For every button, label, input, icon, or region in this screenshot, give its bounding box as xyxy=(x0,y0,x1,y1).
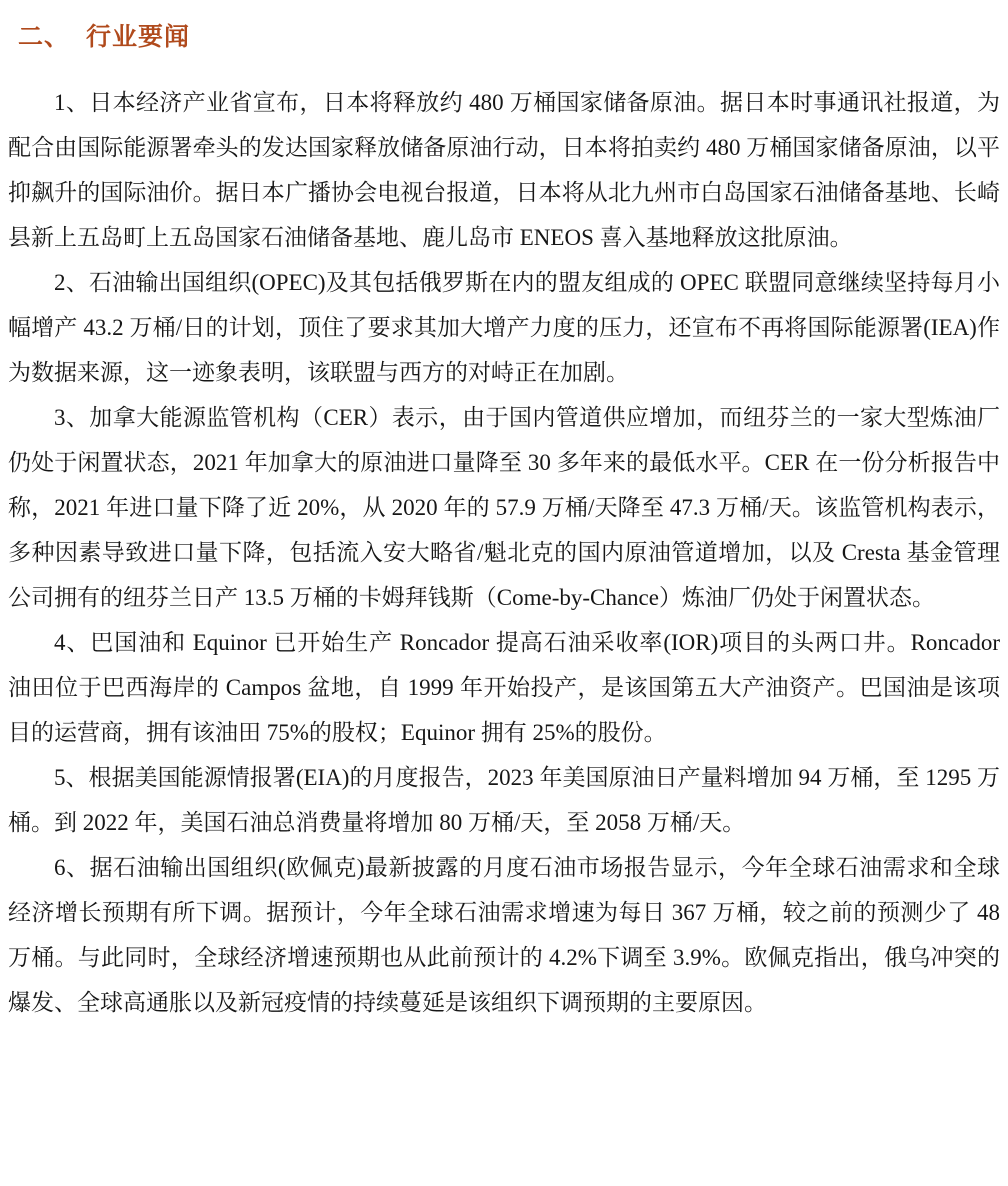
paragraph-2: 2、石油输出国组织(OPEC)及其包括俄罗斯在内的盟友组成的 OPEC 联盟同意… xyxy=(8,260,1000,395)
paragraph-4: 4、巴国油和 Equinor 已开始生产 Roncador 提高石油采收率(IO… xyxy=(8,620,1000,755)
paragraph-5: 5、根据美国能源情报署(EIA)的月度报告，2023 年美国原油日产量料增加 9… xyxy=(8,755,1000,845)
section-number: 二、 xyxy=(18,23,70,51)
document-page: 二、行业要闻 1、日本经济产业省宣布，日本将释放约 480 万桶国家储备原油。据… xyxy=(0,0,1008,1186)
section-title: 行业要闻 xyxy=(86,23,190,51)
body-text: 1、日本经济产业省宣布，日本将释放约 480 万桶国家储备原油。据日本时事通讯社… xyxy=(0,52,1008,1025)
paragraph-3: 3、加拿大能源监管机构（CER）表示，由于国内管道供应增加，而纽芬兰的一家大型炼… xyxy=(8,395,1000,620)
section-heading: 二、行业要闻 xyxy=(0,0,1008,52)
paragraph-1: 1、日本经济产业省宣布，日本将释放约 480 万桶国家储备原油。据日本时事通讯社… xyxy=(8,80,1000,260)
paragraph-6: 6、据石油输出国组织(欧佩克)最新披露的月度石油市场报告显示，今年全球石油需求和… xyxy=(8,845,1000,1025)
